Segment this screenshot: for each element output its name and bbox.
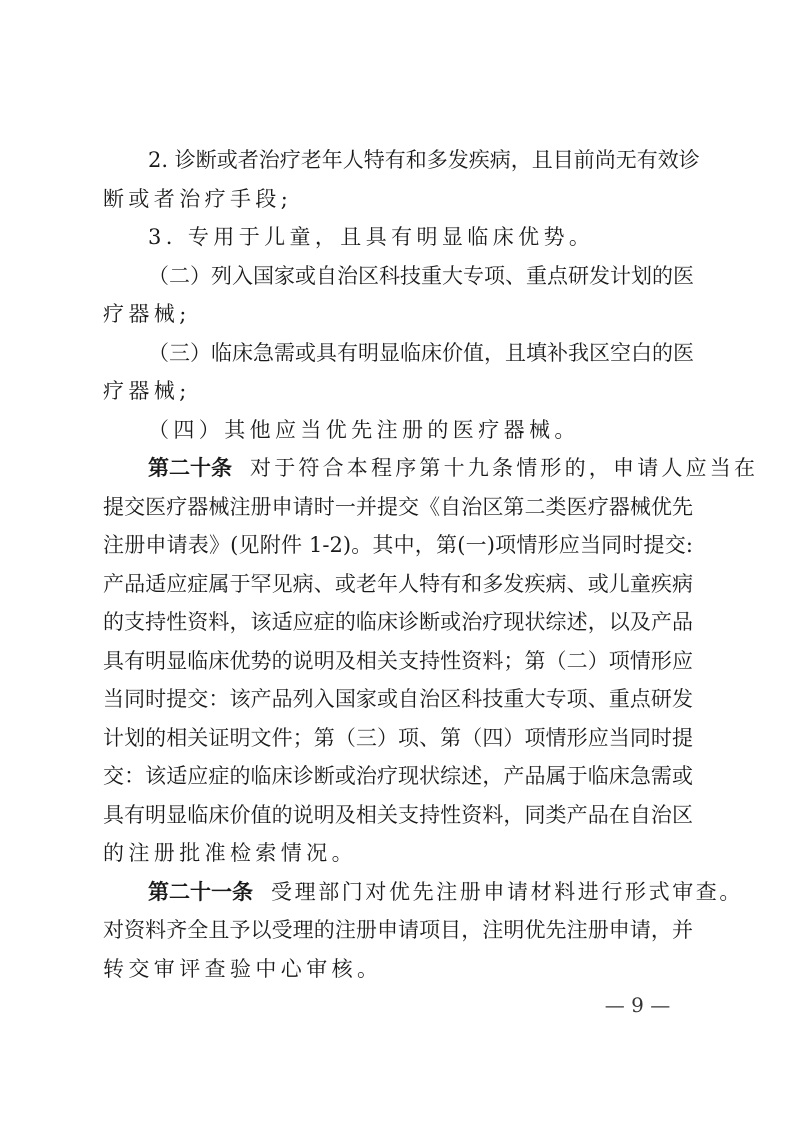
text-line: 的注册批准检索情况。 bbox=[103, 834, 693, 873]
text-line: 疗器械; bbox=[103, 295, 693, 334]
text-line: 提交医疗器械注册申请时一并提交《自治区第二类医疗器械优先 bbox=[103, 488, 693, 527]
text-line: 产品适应症属于罕见病、或老年人特有和多发疾病、或儿童疾病 bbox=[103, 565, 693, 604]
text-line: 3. 专用于儿童，且具有明显临床优势。 bbox=[103, 218, 693, 257]
text-line: 当同时提交：该产品列入国家或自治区科技重大专项、重点研发 bbox=[103, 680, 693, 719]
text-line: 疗器械; bbox=[103, 372, 693, 411]
article-text: 对于符合本程序第十九条情形的，申请人应当在 bbox=[250, 456, 758, 480]
text-line: 转交审评查验中心审核。 bbox=[103, 950, 693, 989]
article-number: 第二十一条 bbox=[148, 880, 253, 904]
text-line: 注册申请表》(见附件 1-2)。其中，第(一)项情形应当同时提交: bbox=[103, 526, 693, 565]
text-line: 对资料齐全且予以受理的注册申请项目，注明优先注册申请，并 bbox=[103, 911, 693, 950]
article-number: 第二十条 bbox=[148, 456, 232, 480]
text-line: （二）列入国家或自治区科技重大专项、重点研发计划的医 bbox=[103, 257, 693, 296]
text-line: 的支持性资料，该适应症的临床诊断或治疗现状综述，以及产品 bbox=[103, 603, 693, 642]
text-line: （四）其他应当优先注册的医疗器械。 bbox=[103, 411, 693, 450]
text-line: 计划的相关证明文件；第（三）项、第（四）项情形应当同时提 bbox=[103, 719, 693, 758]
text-line: （三）临床急需或具有明显临床价值，且填补我区空白的医 bbox=[103, 334, 693, 373]
article-21-heading-line: 第二十一条受理部门对优先注册申请材料进行形式审查。 bbox=[103, 873, 693, 912]
page-number: — 9 — bbox=[600, 990, 675, 1020]
text-line: 具有明显临床优势的说明及相关支持性资料；第（二）项情形应 bbox=[103, 642, 693, 681]
document-page: 2. 诊断或者治疗老年人特有和多发疾病，且目前尚无有效诊 断或者治疗手段; 3.… bbox=[0, 0, 793, 1122]
article-20-heading-line: 第二十条对于符合本程序第十九条情形的，申请人应当在 bbox=[103, 449, 693, 488]
text-line: 2. 诊断或者治疗老年人特有和多发疾病，且目前尚无有效诊 bbox=[103, 141, 693, 180]
article-text: 受理部门对优先注册申请材料进行形式审查。 bbox=[271, 880, 743, 904]
text-line: 具有明显临床价值的说明及相关支持性资料，同类产品在自治区 bbox=[103, 796, 693, 835]
text-line: 断或者治疗手段; bbox=[103, 180, 693, 219]
text-line: 交：该适应症的临床诊断或治疗现状综述，产品属于临床急需或 bbox=[103, 757, 693, 796]
body-text: 2. 诊断或者治疗老年人特有和多发疾病，且目前尚无有效诊 断或者治疗手段; 3.… bbox=[103, 141, 693, 988]
